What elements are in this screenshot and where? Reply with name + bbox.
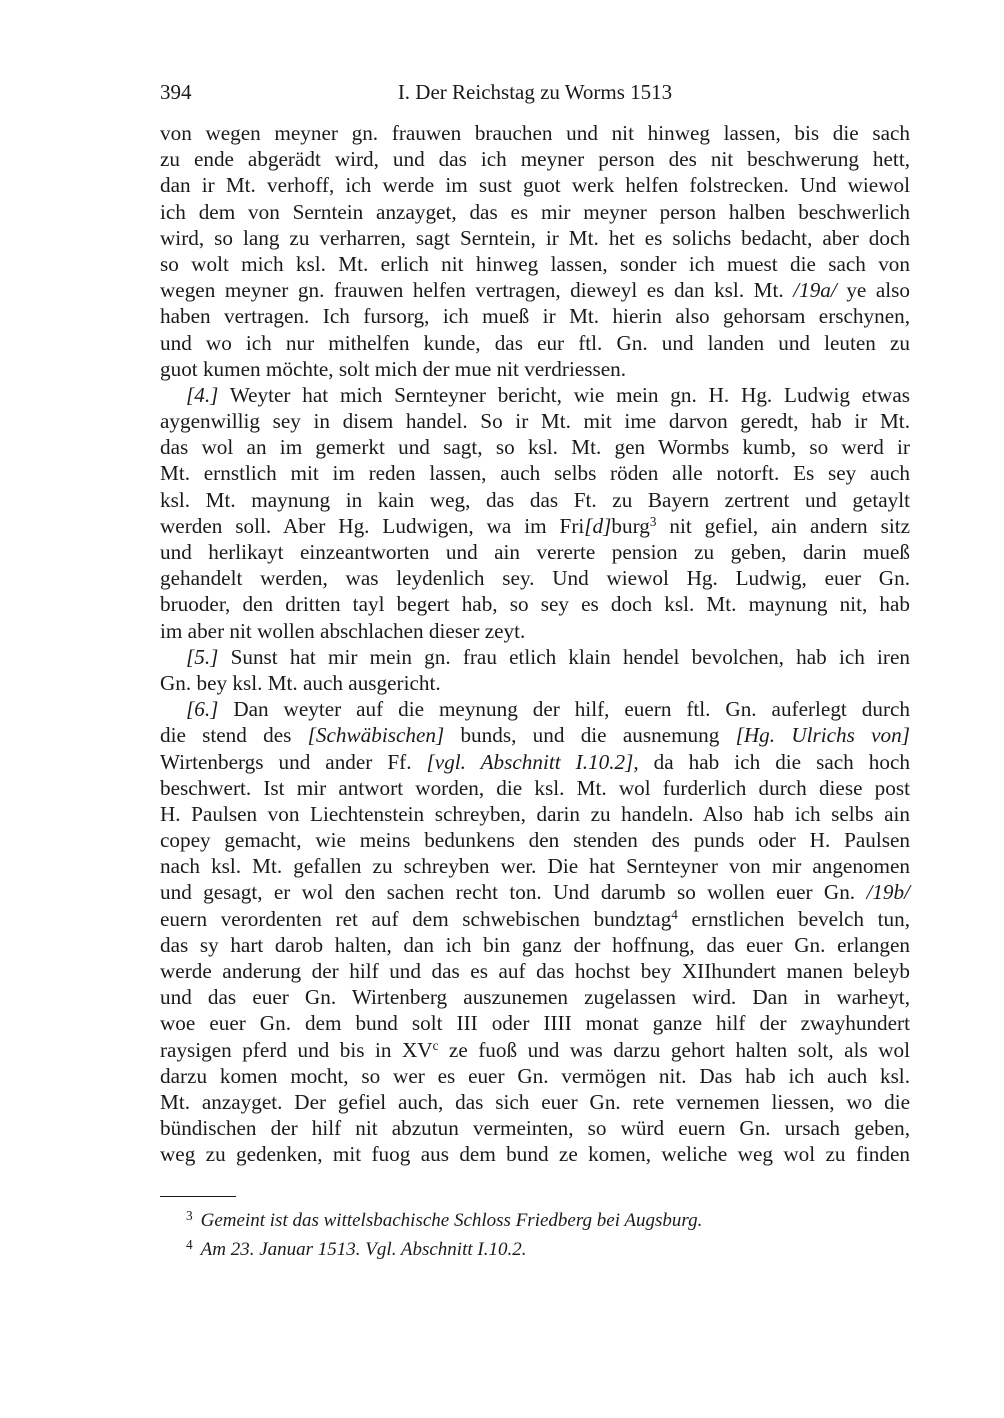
text-line: Gn. bey ksl. Mt. auch ausgericht. (160, 670, 910, 696)
footnote: 3Gemeint ist das wittelsbachische Schlos… (186, 1204, 702, 1233)
footnote-number: 4 (186, 1237, 193, 1252)
running-head: 394 I. Der Reichstag zu Worms 1513 (160, 80, 910, 108)
text-line: raysigen pferd und bis in XVc ze fuoß un… (160, 1037, 910, 1063)
text-line: [5.] Sunst hat mir mein gn. frau etlich … (160, 644, 910, 670)
text-line: guot kumen möchte, solt mich der mue nit… (160, 356, 910, 382)
footnote-text: Am 23. Januar 1513. Vgl. Abschnitt I.10.… (201, 1239, 527, 1260)
text-line: im aber nit wollen abschlachen dieser ze… (160, 618, 910, 644)
text-line: bruoder, den dritten tayl begert hab, so… (160, 591, 910, 617)
text-line: werde anderung der hilf und das es auf d… (160, 958, 910, 984)
text-line: so wolt mich ksl. Mt. erlich nit hinweg … (160, 251, 910, 277)
text-line: wegen meyner gn. frauwen helfen vertrage… (160, 277, 910, 303)
text-line: beschwert. Ist mir antwort worden, die k… (160, 775, 910, 801)
text-line: Mt. ernstlich mit im reden lassen, auch … (160, 460, 910, 486)
text-line: dan ir Mt. verhoff, ich werde im sust gu… (160, 172, 910, 198)
text-line: Mt. anzayget. Der gefiel auch, das sich … (160, 1089, 910, 1115)
text-line: gehandelt werden, was leydenlich sey. Un… (160, 565, 910, 591)
footnote-text: Gemeint ist das wittelsbachische Schloss… (201, 1210, 703, 1231)
text-line: und wo ich nur mithelfen kunde, das eur … (160, 330, 910, 356)
footnote-number: 3 (186, 1208, 193, 1223)
text-line: euern verordenten ret auf dem schwebisch… (160, 906, 910, 932)
text-line: das wol an im gemerkt und sagt, so ksl. … (160, 434, 910, 460)
text-line: woe euer Gn. dem bund solt III oder IIII… (160, 1010, 910, 1036)
body-text: von wegen meyner gn. frauwen brauchen un… (160, 120, 910, 1168)
text-line: weg zu gedenken, mit fuog aus dem bund z… (160, 1141, 910, 1167)
footnote-rule (160, 1196, 236, 1197)
text-line: das sy hart darob halten, dan ich bin ga… (160, 932, 910, 958)
text-line: [4.] Weyter hat mich Sernteyner bericht,… (160, 382, 910, 408)
text-line: von wegen meyner gn. frauwen brauchen un… (160, 120, 910, 146)
text-line: und das euer Gn. Wirtenberg auszunemen z… (160, 984, 910, 1010)
text-line: wird, so lang zu verharren, sagt Serntei… (160, 225, 910, 251)
text-line: [6.] Dan weyter auf die meynung der hilf… (160, 696, 910, 722)
text-line: aygenwillig sey in disem handel. So ir M… (160, 408, 910, 434)
text-line: darzu komen mocht, so wer es euer Gn. ve… (160, 1063, 910, 1089)
text-line: ksl. Mt. maynung in kain weg, das das Ft… (160, 487, 910, 513)
text-line: bündischen der hilf nit abzutun vermeint… (160, 1115, 910, 1141)
text-line: copey gemacht, wie meins bedunkens den s… (160, 827, 910, 853)
text-line: zu ende abgerädt wird, und das ich meyne… (160, 146, 910, 172)
text-line: werden soll. Aber Hg. Ludwigen, wa im Fr… (160, 513, 910, 539)
text-line: H. Paulsen von Liechtenstein schreyben, … (160, 801, 910, 827)
text-line: die stend des [Schwäbischen] bunds, und … (160, 722, 910, 748)
text-line: und herlikayt einzeantworten und ain ver… (160, 539, 910, 565)
text-line: und gesagt, er wol den sachen recht ton.… (160, 879, 910, 905)
running-title: I. Der Reichstag zu Worms 1513 (160, 80, 910, 105)
text-line: nach ksl. Mt. gefallen zu schreyben wer.… (160, 853, 910, 879)
footnote: 4Am 23. Januar 1513. Vgl. Abschnitt I.10… (186, 1233, 702, 1262)
text-line: haben vertragen. Ich fursorg, ich mueß i… (160, 303, 910, 329)
text-line: Wirtenbergs und ander Ff. [vgl. Abschnit… (160, 749, 910, 775)
footnotes: 3Gemeint ist das wittelsbachische Schlos… (186, 1204, 702, 1262)
text-line: ich dem von Serntein anzayget, das es mi… (160, 199, 910, 225)
